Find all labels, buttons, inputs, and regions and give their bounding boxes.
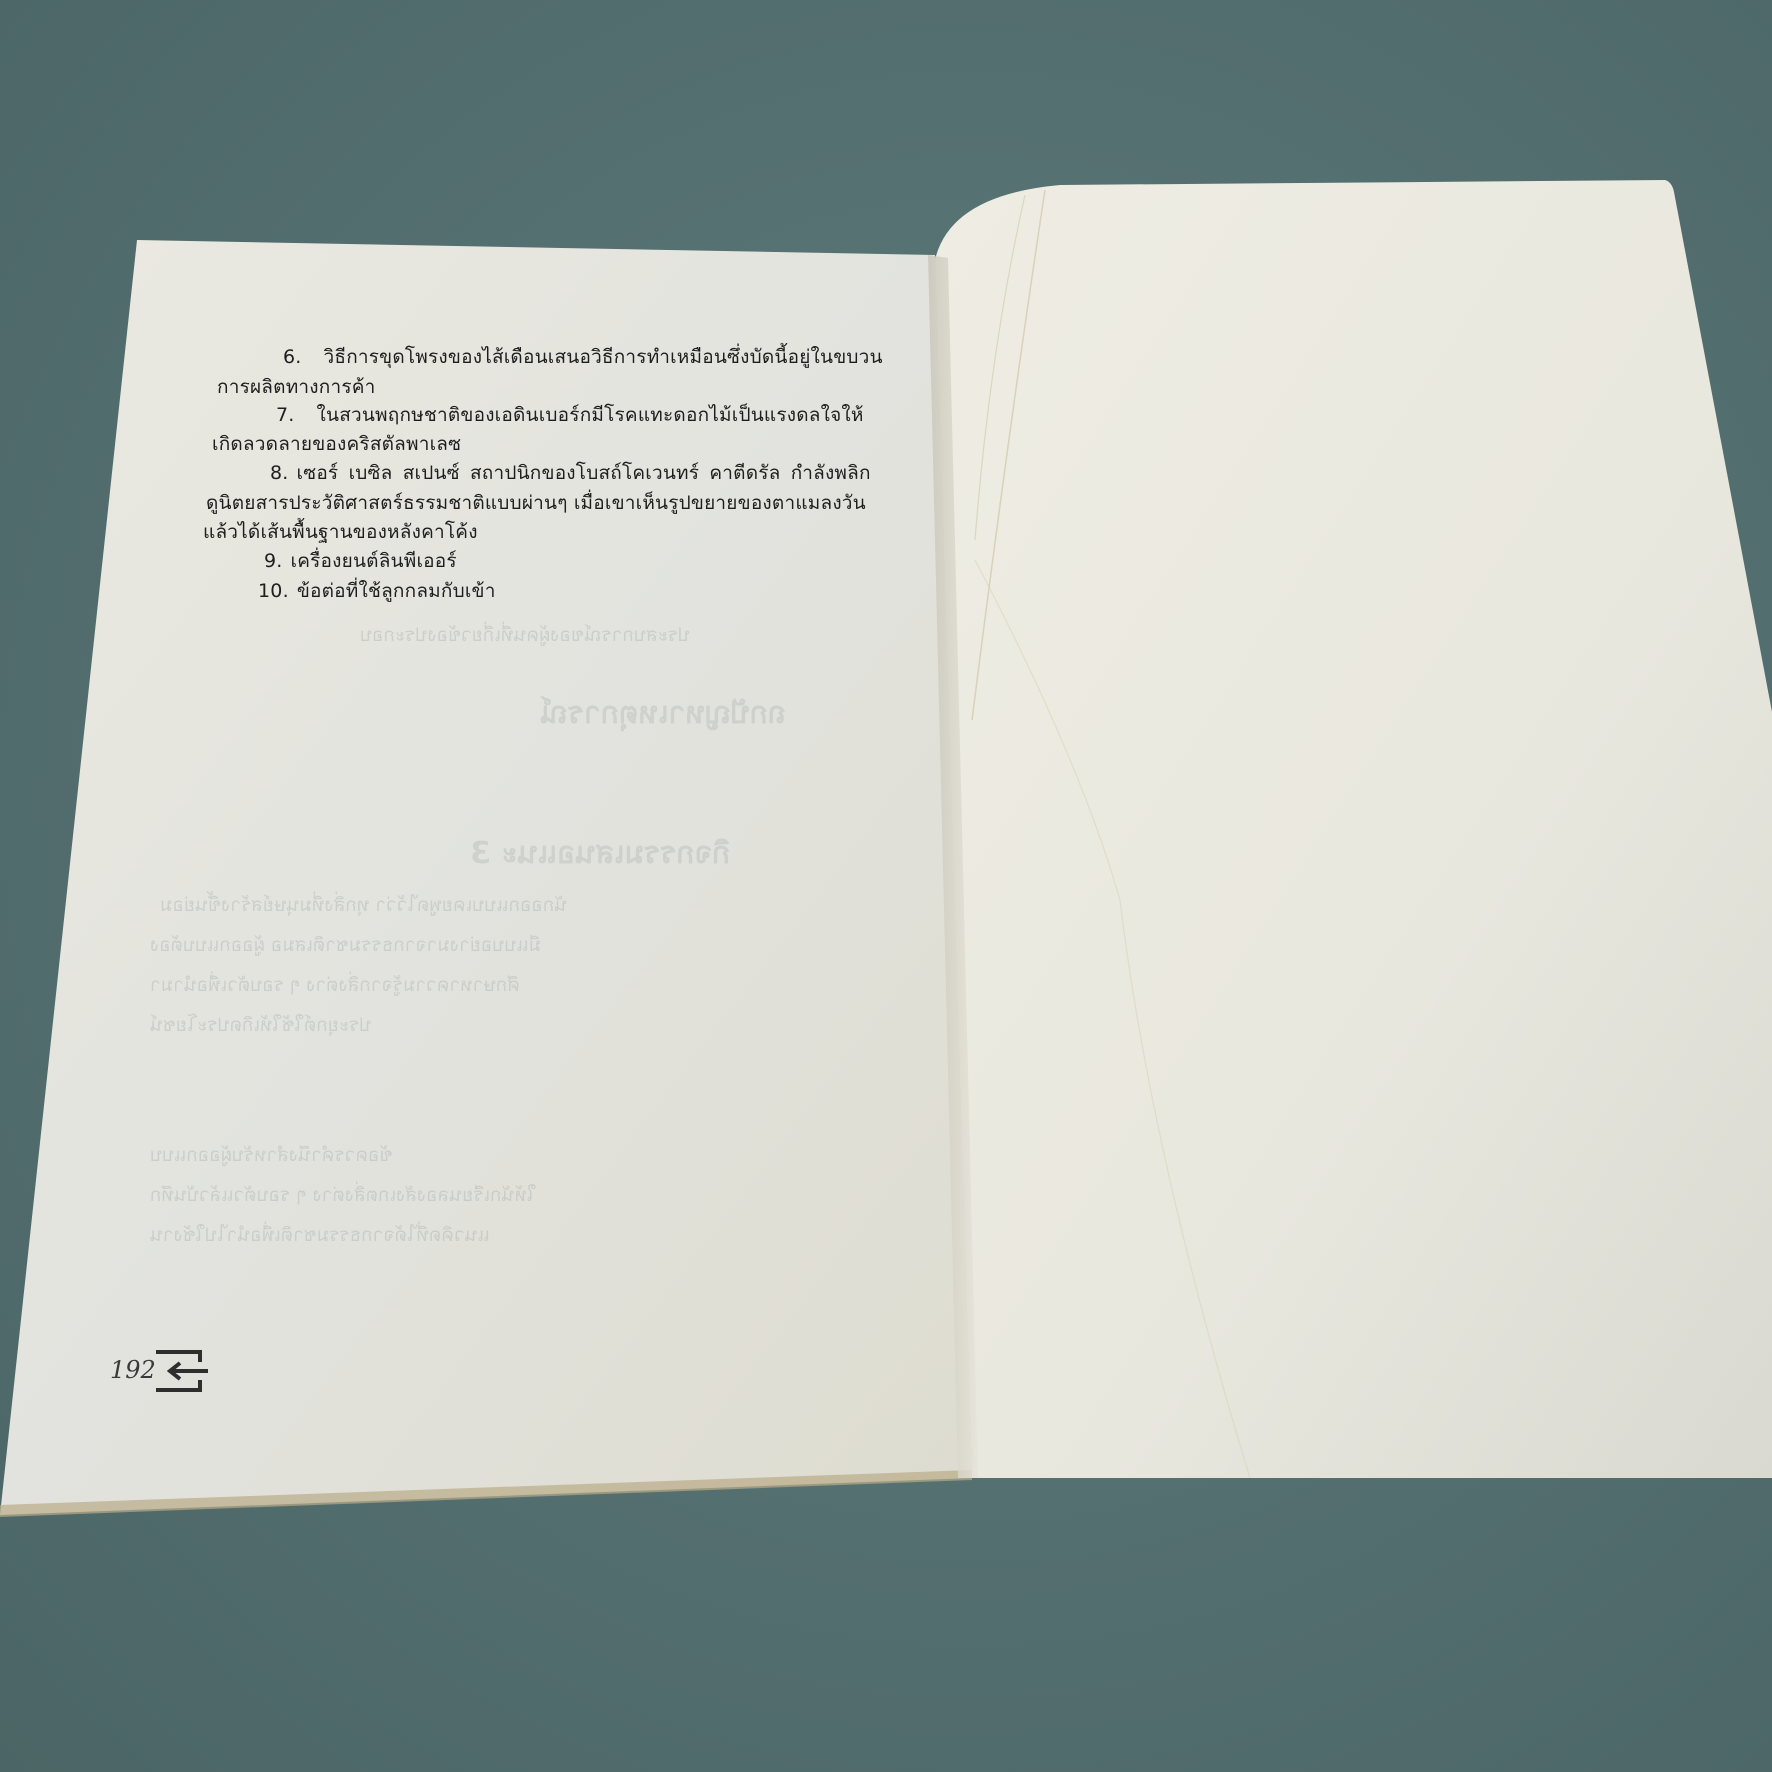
- left-page: [0, 240, 972, 1517]
- right-page: [928, 180, 1772, 1478]
- book-shapes: [0, 0, 1772, 1772]
- photo-scene: ประสบการณ์ของผู้คนที่เกี่ยวข้องประกอบ ถก…: [0, 0, 1772, 1772]
